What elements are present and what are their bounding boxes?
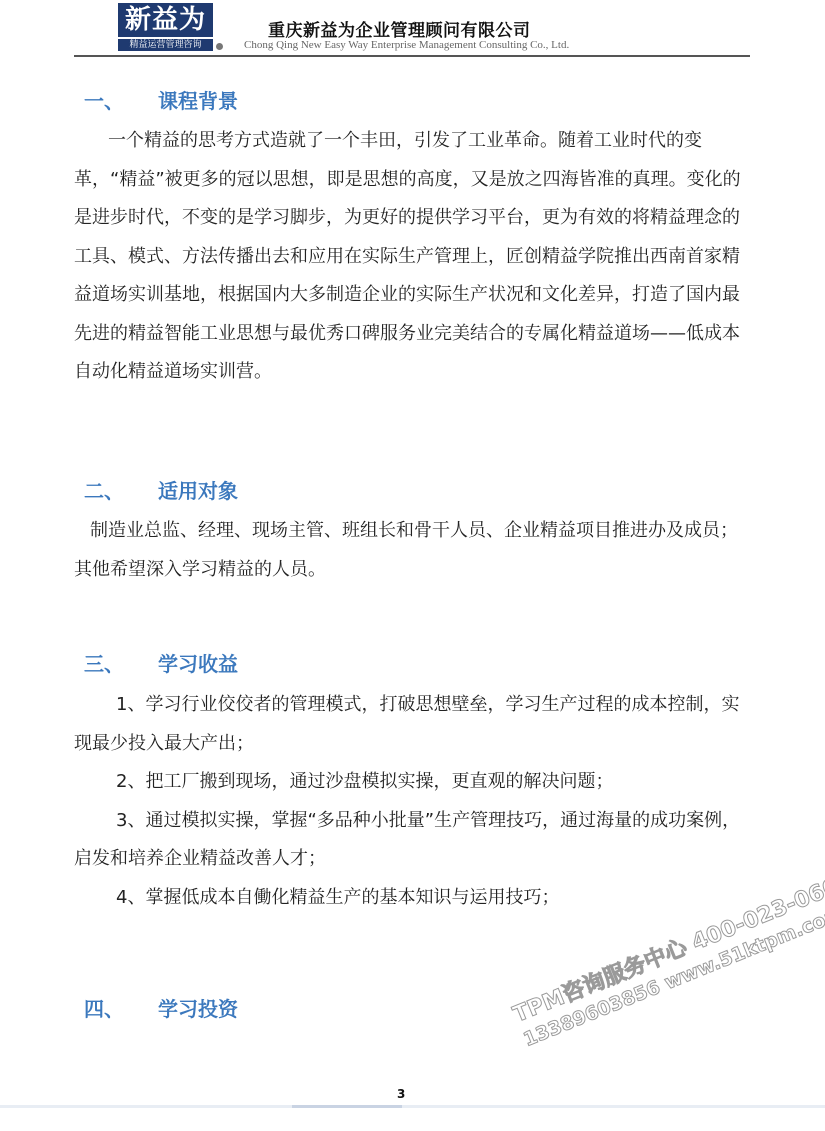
header-divider [74, 55, 750, 57]
section-heading-2: 二、适用对象 [84, 475, 238, 504]
section-number: 一、 [84, 85, 158, 114]
logo-subtext: 精益运营管理咨询 [118, 39, 213, 51]
section-number: 三、 [84, 648, 158, 677]
section-number: 四、 [84, 993, 158, 1022]
section-heading-1: 一、课程背景 [84, 85, 238, 114]
section-title: 学习收益 [158, 652, 238, 676]
section-title: 学习投资 [158, 997, 238, 1021]
list-item: 3、通过模拟实操，掌握“多品种小批量”生产管理技巧，通过海量的成功案例，启发和培… [74, 802, 754, 879]
section-heading-4: 四、学习投资 [84, 993, 238, 1022]
page-header: 新益为 精益运营管理咨询 重庆新益为企业管理顾问有限公司 Chong Qing … [0, 0, 825, 58]
section-body-3: 1、学习行业佼佼者的管理模式，打破思想壁垒，学习生产过程的成本控制，实现最少投入… [74, 686, 754, 917]
footer-divider [0, 1105, 825, 1108]
page-number: 3 [397, 1087, 405, 1101]
company-logo: 新益为 精益运营管理咨询 [118, 3, 226, 51]
section-title: 适用对象 [158, 479, 238, 503]
section-body-1: 一个精益的思考方式造就了一个丰田，引发了工业革命。随着工业时代的变革，“精益”被… [74, 122, 754, 392]
list-item: 1、学习行业佼佼者的管理模式，打破思想壁垒，学习生产过程的成本控制，实现最少投入… [74, 686, 754, 763]
company-name-cn: 重庆新益为企业管理顾问有限公司 [268, 16, 531, 41]
logo-text: 新益为 [118, 3, 213, 37]
paragraph: 一个精益的思考方式造就了一个丰田，引发了工业革命。随着工业时代的变革，“精益”被… [74, 122, 754, 392]
list-item: 2、把工厂搬到现场，通过沙盘模拟实操，更直观的解决问题； [74, 763, 754, 802]
footer-divider-accent [292, 1105, 402, 1108]
list-item: 4、掌握低成本自働化精益生产的基本知识与运用技巧； [74, 879, 754, 918]
section-title: 课程背景 [158, 89, 238, 113]
paragraph: 制造业总监、经理、现场主管、班组长和骨干人员、企业精益项目推进办及成员；其他希望… [74, 512, 754, 589]
section-number: 二、 [84, 475, 158, 504]
section-body-2: 制造业总监、经理、现场主管、班组长和骨干人员、企业精益项目推进办及成员；其他希望… [74, 512, 754, 589]
company-name-en: Chong Qing New Easy Way Enterprise Manag… [244, 39, 569, 51]
logo-dot-icon [216, 43, 223, 50]
section-heading-3: 三、学习收益 [84, 648, 238, 677]
